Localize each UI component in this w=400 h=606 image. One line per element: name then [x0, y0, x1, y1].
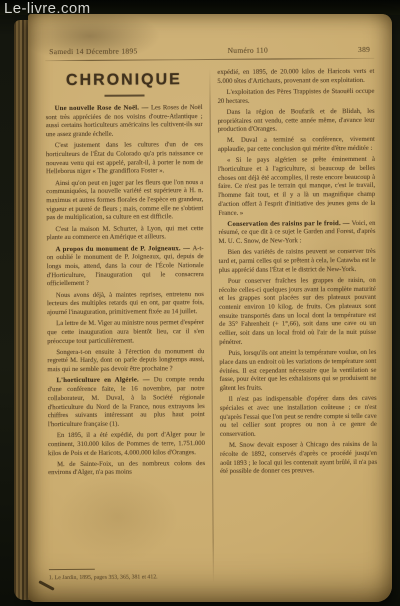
paragraph: L'exploitation des Pères Trappistes de S…	[217, 88, 374, 107]
column-right: expédié, en 1895, de 20.000 kilos de Har…	[210, 68, 378, 583]
scanned-page: Samedi 14 Décembre 1895 Numéro 110 389 C…	[28, 14, 392, 602]
paragraph: M. Snow devait exposer à Chicago des rai…	[220, 441, 377, 477]
paragraph-lead: Une nouvelle Rose de Noël. —	[55, 104, 151, 112]
page-content: Samedi 14 Décembre 1895 Numéro 110 389 C…	[26, 13, 394, 604]
paragraph-text: En 1895, il a été expédié, du port d'Alg…	[48, 431, 205, 457]
paragraph: C'est la maison M. Schurter, à Lyon, qui…	[46, 225, 203, 244]
paragraph: Bien des variétés de raisins peuvent se …	[219, 248, 376, 275]
text-columns: CHRONIQUE Une nouvelle Rose de Noël. — L…	[43, 68, 380, 584]
paragraph: « Si le pays algérien se prête éminemmen…	[218, 156, 375, 218]
paragraph: expédié, en 1895, de 20.000 kilos de Har…	[217, 68, 374, 87]
paragraph-text: Ainsi qu'on peut en juger par les fleurs…	[46, 179, 203, 222]
column-left: CHRONIQUE Une nouvelle Rose de Noël. — L…	[45, 69, 213, 584]
paragraph: A propos du monument de P. Joigneaux. — …	[47, 245, 204, 290]
paragraph: C'est justement dans les cultures d'un d…	[46, 141, 203, 177]
page-header: Samedi 14 Décembre 1895 Numéro 110 389	[43, 45, 376, 56]
paragraph: M. de Sainte-Foix, un des nombreux colon…	[48, 460, 205, 479]
header-date: Samedi 14 Décembre 1895	[49, 46, 137, 56]
paragraph-text: Pour conserver fraîches les grappes de r…	[219, 277, 376, 346]
paragraph-text: expédié, en 1895, de 20.000 kilos de Har…	[217, 68, 374, 85]
paragraph-text: C'est justement dans les cultures d'un d…	[46, 141, 203, 175]
paragraph-text: Bien des variétés de raisins peuvent se …	[219, 248, 376, 274]
paragraph: Songera-t-on ensuite à l'érection du mon…	[47, 348, 204, 375]
paragraph: Une nouvelle Rose de Noël. — Les Roses d…	[46, 104, 203, 140]
paragraph: Ainsi qu'on peut en juger par les fleurs…	[46, 179, 203, 224]
paragraph-text: « Si le pays algérien se prête éminemmen…	[218, 156, 375, 216]
paragraph-text: M. de Sainte-Foix, un des nombreux colon…	[48, 460, 205, 477]
paragraph-lead: Conservation des raisins par le froid. —	[227, 220, 351, 228]
paragraph: Pour conserver fraîches les grappes de r…	[219, 277, 376, 348]
book-scan: Le-livre.com Samedi 14 Décembre 1895 Num…	[0, 0, 400, 606]
column-left-paragraphs: Une nouvelle Rose de Noël. — Les Roses d…	[46, 104, 206, 481]
paragraph-text: Dans la région de Boufarik et de Blidah,…	[218, 108, 375, 134]
paragraph-text: M. Snow devait exposer à Chicago des rai…	[220, 441, 377, 475]
paragraph: Conservation des raisins par le froid. —…	[218, 220, 375, 247]
paragraph-lead: A propos du monument de P. Joigneaux. —	[56, 245, 193, 253]
section-title: CHRONIQUE	[45, 71, 202, 90]
paragraph: Il n'est pas indispensable d'opérer dans…	[220, 395, 377, 440]
footnote-rule	[49, 569, 95, 570]
paragraph-text: L'exploitation des Pères Trappistes de S…	[218, 88, 375, 105]
paragraph: Puis, lorsqu'ils ont atteint la températ…	[219, 349, 376, 394]
paragraph-text: La lettre de M. Viger au ministre nous p…	[47, 319, 204, 345]
paragraph-text: Puis, lorsqu'ils ont atteint la températ…	[219, 349, 376, 392]
column-right-paragraphs: expédié, en 1895, de 20.000 kilos de Har…	[217, 68, 377, 477]
paragraph: Dans la région de Boufarik et de Blidah,…	[218, 108, 375, 135]
paragraph-text: Il n'est pas indispensable d'opérer dans…	[220, 395, 377, 438]
header-page-number: 389	[358, 45, 370, 54]
paragraph-text: C'est la maison M. Schurter, à Lyon, qui…	[46, 225, 203, 242]
paragraph-lead: L'horticulture en Algérie. —	[56, 377, 153, 385]
footnote: 1. Le Jardin, 1895, pages 353, 365, 381 …	[49, 574, 205, 581]
paragraph-text: Songera-t-on ensuite à l'érection du mon…	[47, 348, 204, 374]
paragraph: La lettre de M. Viger au ministre nous p…	[47, 319, 204, 346]
paragraph: Nous avons déjà, à maintes reprises, ent…	[47, 291, 204, 318]
paragraph-text: M. Duval a terminé sa conférence, viveme…	[218, 136, 375, 153]
paragraph: En 1895, il a été expédié, du port d'Alg…	[48, 431, 205, 458]
header-rule	[45, 58, 374, 61]
paragraph: L'horticulture en Algérie. — Du compte r…	[47, 376, 204, 429]
title-rule	[104, 94, 144, 96]
header-issue-number: Numéro 110	[228, 46, 268, 55]
paragraph-text: Nous avons déjà, à maintes reprises, ent…	[47, 291, 204, 317]
paragraph: M. Duval a terminé sa conférence, viveme…	[218, 136, 375, 155]
